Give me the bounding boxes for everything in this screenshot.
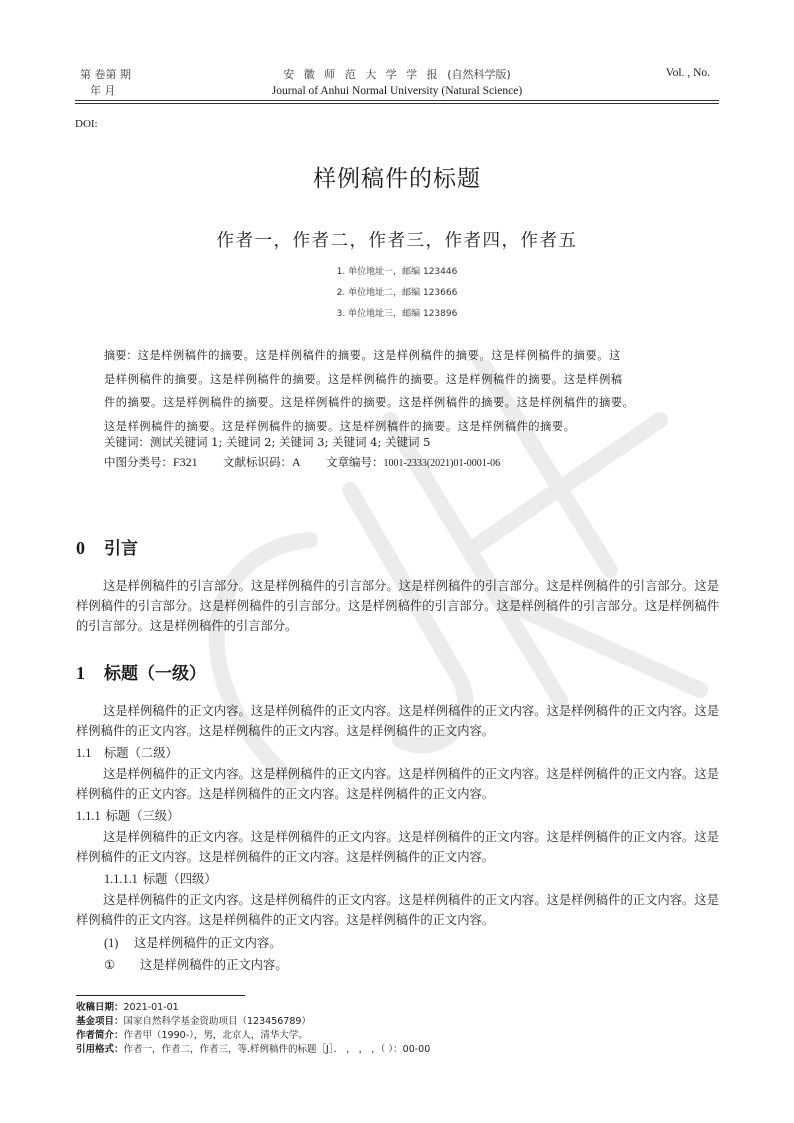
affiliation-3: 3. 单位地址三，邮编 123896 <box>0 306 794 319</box>
abstract-line-1: 这是样例稿件的摘要。这是样例稿件的摘要。这是样例稿件的摘要。这是样例稿件的摘要。… <box>138 349 621 362</box>
keywords: 关键词：测试关键词 1; 关键词 2; 关键词 3; 关键词 4; 关键词 5 <box>104 434 430 450</box>
section-title: 标题（二级） <box>104 746 178 760</box>
bio-label: 作者简介： <box>76 1030 124 1041</box>
section-heading-1-1: 1.1标题（二级） <box>76 743 178 761</box>
keywords-value: 测试关键词 1; 关键词 2; 关键词 3; 关键词 4; 关键词 5 <box>150 435 430 449</box>
clc-value: F321 <box>173 455 198 469</box>
footnote-fund: 基金项目：国家自然科学基金资助项目（123456789） <box>76 1015 311 1028</box>
list-item: ①这是样例稿件的正文内容。 <box>104 955 288 973</box>
author-list: 作者一，作者二，作者三，作者四，作者五 <box>0 227 794 252</box>
header-rule-top <box>75 100 719 101</box>
keywords-label: 关键词： <box>104 435 150 449</box>
section-title: 标题（四级） <box>143 872 217 886</box>
list-text: 这是样例稿件的正文内容。 <box>134 936 282 950</box>
section-number: 1 <box>76 663 104 684</box>
section-number: 1.1 <box>76 746 104 761</box>
doc-code-label: 文献标识码： <box>223 455 292 469</box>
volume-number: Vol. , No. <box>666 67 710 79</box>
section-heading-1: 1标题（一级） <box>76 659 206 684</box>
clc-label: 中图分类号： <box>104 455 173 469</box>
footnote-rule <box>76 995 245 996</box>
list-marker: (1) <box>104 936 134 951</box>
section-title: 标题（一级） <box>104 664 206 684</box>
section-heading-1-1-1-1: 1.1.1.1标题（四级） <box>104 869 217 887</box>
journal-name-cn-sub: (自然科学版) <box>447 68 511 81</box>
section-heading-intro: 0引言 <box>76 534 138 559</box>
received-label: 收稿日期： <box>76 1002 124 1013</box>
abstract-line-3: 件的摘要。这是样例稿件的摘要。这是样例稿件的摘要。这是样例稿件的摘要。这是样例稿… <box>104 391 700 415</box>
intro-paragraph: 这是样例稿件的引言部分。这是样例稿件的引言部分。这是样例稿件的引言部分。这是样例… <box>76 576 719 636</box>
header-rule-bottom <box>75 103 719 104</box>
section-title: 标题（三级） <box>106 809 180 823</box>
section-1-1-1-1-paragraph: 这是样例稿件的正文内容。这是样例稿件的正文内容。这是样例稿件的正文内容。这是样例… <box>76 890 719 930</box>
classification-line: 中图分类号：F321 文献标识码：A 文章编号：1001-2333(2021)0… <box>104 454 500 470</box>
journal-name-cn-main: 安 徽 师 范 大 学 学 报 <box>283 68 440 81</box>
abstract-label: 摘要： <box>104 349 138 362</box>
section-1-1-1-paragraph: 这是样例稿件的正文内容。这是样例稿件的正文内容。这是样例稿件的正文内容。这是样例… <box>76 827 719 867</box>
section-title: 引言 <box>104 539 138 559</box>
abstract: 摘要：这是样例稿件的摘要。这是样例稿件的摘要。这是样例稿件的摘要。这是样例稿件的… <box>104 344 700 438</box>
affiliation-1: 1. 单位地址一，邮编 123446 <box>0 264 794 277</box>
journal-name-en: Journal of Anhui Normal University (Natu… <box>0 83 794 99</box>
cite-value: 作者一，作者二，作者三，等.样例稿件的标题［J］． ， ， ，（ ）：00-00 <box>124 1044 431 1055</box>
bio-value: 作者甲（1990-），男，北京人，清华大学。 <box>124 1030 308 1041</box>
doc-code-value: A <box>292 455 301 469</box>
section-1-1-paragraph: 这是样例稿件的正文内容。这是样例稿件的正文内容。这是样例稿件的正文内容。这是样例… <box>76 764 719 804</box>
article-no-value: 1001-2333(2021)01-0001-06 <box>383 458 500 469</box>
paper-page: 第 卷第 期 年 月 安 徽 师 范 大 学 学 报 (自然科学版) Journ… <box>0 0 794 1123</box>
abstract-line-2: 是样例稿件的摘要。这是样例稿件的摘要。这是样例稿件的摘要。这是样例稿件的摘要。这… <box>104 368 700 392</box>
list-text: 这是样例稿件的正文内容。 <box>140 958 288 972</box>
received-value: 2021-01-01 <box>124 1002 179 1013</box>
section-heading-1-1-1: 1.1.1标题（三级） <box>76 806 179 824</box>
footnote-author-bio: 作者简介：作者甲（1990-），男，北京人，清华大学。 <box>76 1029 308 1042</box>
doi-label: DOI: <box>75 118 98 130</box>
fund-label: 基金项目： <box>76 1016 124 1027</box>
section-number: 0 <box>76 538 104 559</box>
section-1-paragraph: 这是样例稿件的正文内容。这是样例稿件的正文内容。这是样例稿件的正文内容。这是样例… <box>76 701 719 741</box>
footnote-received: 收稿日期：2021-01-01 <box>76 1001 179 1014</box>
cite-label: 引用格式： <box>76 1044 124 1055</box>
list-marker: ① <box>104 958 140 973</box>
section-number: 1.1.1 <box>76 809 106 824</box>
list-item: (1)这是样例稿件的正文内容。 <box>104 933 282 951</box>
paper-title: 样例稿件的标题 <box>0 160 794 193</box>
fund-value: 国家自然科学基金资助项目（123456789） <box>124 1016 311 1027</box>
affiliation-2: 2. 单位地址二，邮编 123666 <box>0 285 794 298</box>
article-no-label: 文章编号： <box>326 455 384 469</box>
footnote-citation: 引用格式：作者一，作者二，作者三，等.样例稿件的标题［J］． ， ， ，（ ）：… <box>76 1043 430 1056</box>
section-number: 1.1.1.1 <box>104 872 143 887</box>
